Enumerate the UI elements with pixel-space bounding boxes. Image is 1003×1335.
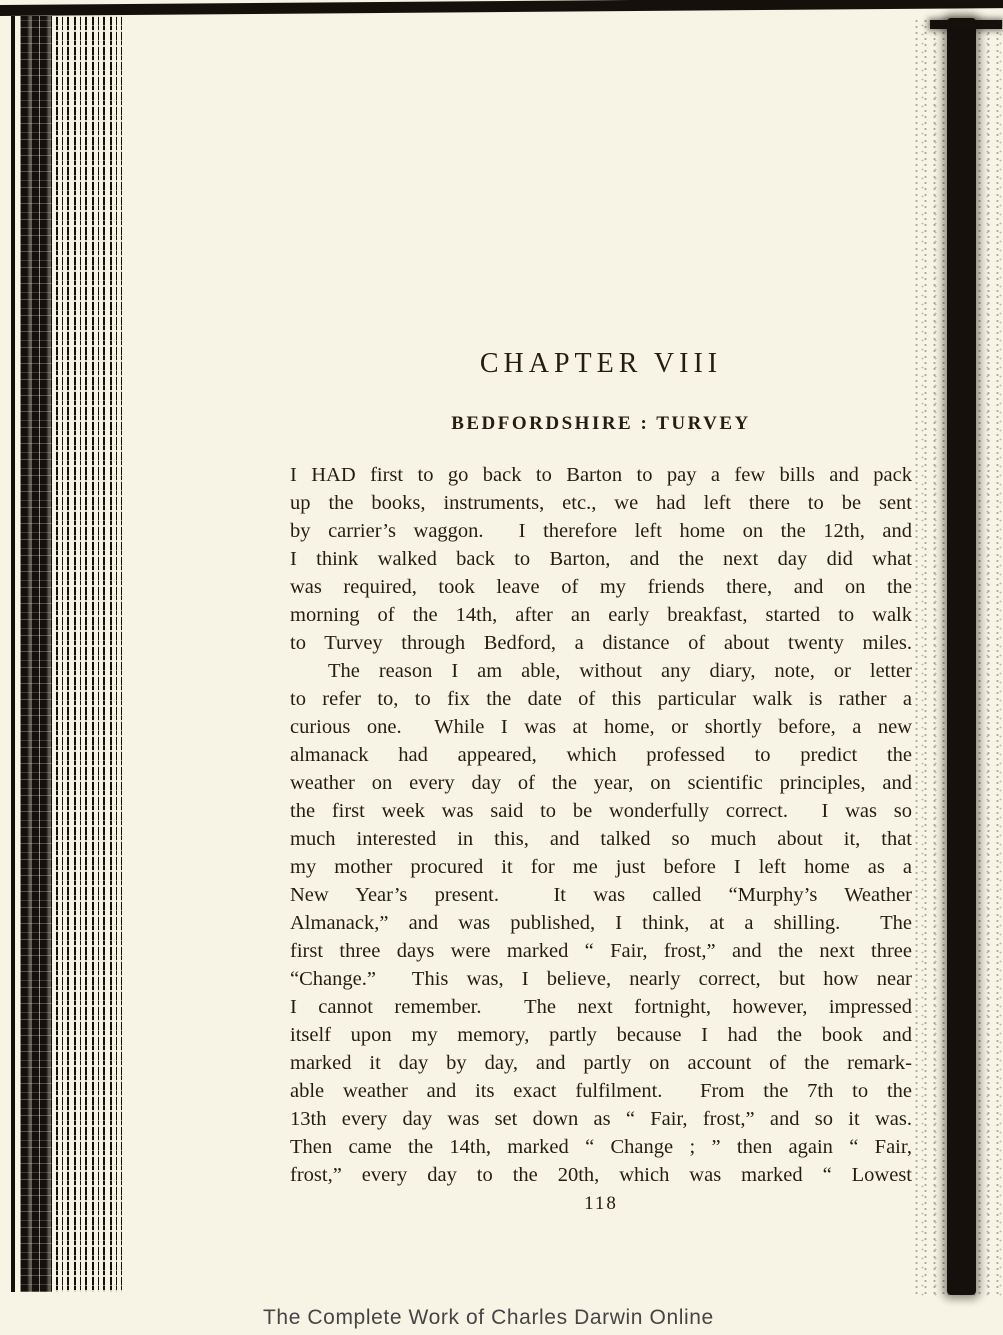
text-line: curious one. While I was at home, or sho… [290,713,912,741]
page-number: 118 [290,1193,912,1215]
text-line: “Change.” This was, I believe, nearly co… [290,965,912,993]
text-line: itself upon my memory, partly because I … [290,1021,912,1049]
text-line: first three days were marked “ Fair, fro… [290,937,912,965]
text-line: the first week was said to be wonderfull… [290,797,912,825]
text-line: New Year’s present. It was called “Murph… [290,881,912,909]
text-line: morning of the 14th, after an early brea… [290,601,912,629]
text-line: 13th every day was set down as “ Fair, f… [290,1105,912,1133]
chapter-heading: CHAPTER VIII [290,348,912,380]
book-spine-page-edges-texture [56,16,122,1292]
text-line: Then came the 14th, marked “ Change ; ” … [290,1133,912,1161]
site-credit-text: The Complete Work of Charles Darwin Onli… [263,1306,714,1330]
book-spine-line [11,16,15,1292]
text-line: I HAD first to go back to Barton to pay … [290,461,912,489]
text-line: marked it day by day, and partly on acco… [290,1049,912,1077]
text-line: almanack had appeared, which professed t… [290,741,912,769]
chapter-subheading: BEDFORDSHIRE : TURVEY [290,413,912,435]
text-line: up the books, instruments, etc., we had … [290,489,912,517]
text-line: to refer to, to fix the date of this par… [290,685,912,713]
right-page-edge-band [947,18,976,1295]
text-line: Almanack,” and was published, I think, a… [290,909,912,937]
scanned-book-page: CHAPTER VIII BEDFORDSHIRE : TURVEY I HAD… [0,0,1003,1335]
text-line: my mother procured it for me just before… [290,853,912,881]
text-line: was required, took leave of my friends t… [290,573,912,601]
text-line: to Turvey through Bedford, a distance of… [290,629,912,657]
text-line: weather on every day of the year, on sci… [290,769,912,797]
book-spine-dark-band [20,16,52,1292]
body-text: I HAD first to go back to Barton to pay … [290,461,912,1189]
text-line: The reason I am able, without any diary,… [290,657,912,685]
scan-top-edge-bar [0,0,1003,16]
text-line: I think walked back to Barton, and the n… [290,545,912,573]
text-line: I cannot remember. The next fortnight, h… [290,993,912,1021]
text-line: by carrier’s waggon. I therefore left ho… [290,517,912,545]
text-line: much interested in this, and talked so m… [290,825,912,853]
text-line: able weather and its exact fulfilment. F… [290,1077,912,1105]
right-page-edge-top-smear [930,20,1002,29]
text-line: frost,” every day to the 20th, which was… [290,1161,912,1189]
